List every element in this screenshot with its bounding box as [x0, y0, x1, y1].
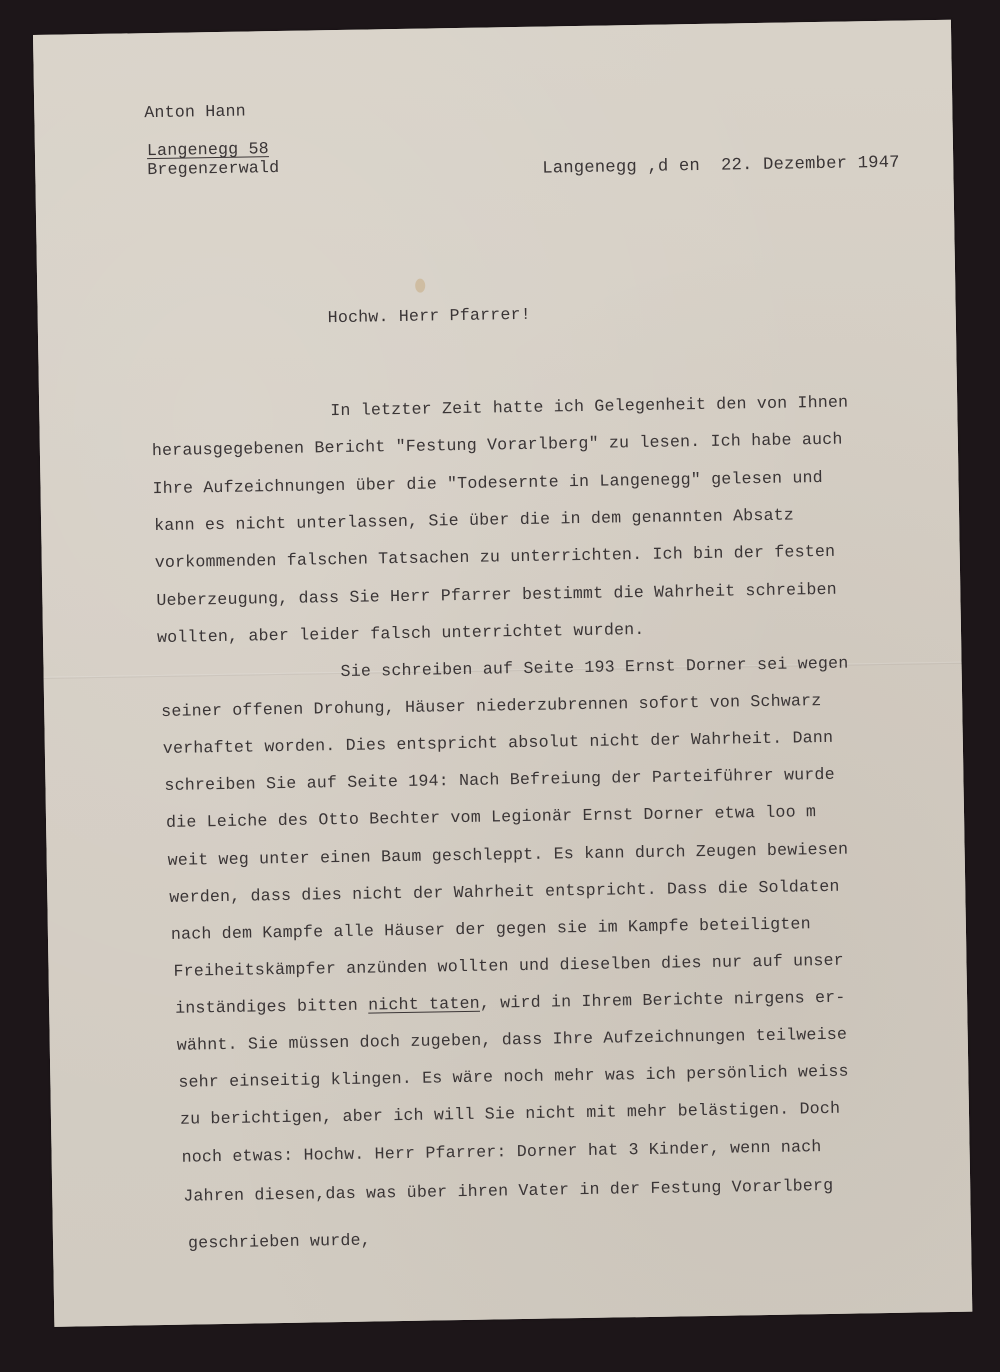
body-line: In letzter Zeit hatte ich Gelegenheit de…	[330, 395, 848, 420]
paper-stain	[415, 279, 425, 293]
body-line: wollten, aber leider falsch unterrichtet…	[157, 622, 645, 647]
body-line: die Leiche des Otto Bechter vom Legionär…	[166, 804, 816, 831]
body-line: noch etwas: Hochw. Herr Pfarrer: Dorner …	[182, 1139, 822, 1166]
body-line: vorkommenden falschen Tatsachen zu unter…	[155, 544, 836, 572]
letter-paper: Anton Hann Langenegg 58 Bregenzerwald La…	[33, 20, 972, 1327]
body-line: kann es nicht unterlassen, Sie über die …	[154, 507, 794, 534]
sender-name: Anton Hann	[144, 103, 246, 121]
body-line: Jahren diesen,das was über ihren Vater i…	[183, 1178, 833, 1205]
text-segment: inständiges bitten	[175, 996, 368, 1018]
sender-address-line2: Bregenzerwald	[147, 160, 279, 179]
text-segment: , wird in Ihrem Berichte nirgens er-	[480, 988, 846, 1013]
body-line: Ihre Aufzeichnungen über die "Todesernte…	[152, 470, 823, 498]
body-line: sehr einseitig klingen. Es wäre noch meh…	[178, 1064, 849, 1092]
body-line: herausgegebenen Bericht "Festung Vorarlb…	[152, 432, 843, 460]
body-line: seiner offenen Drohung, Häuser niederzub…	[161, 693, 821, 721]
body-line-with-underline: inständiges bitten nicht taten, wird in …	[175, 990, 846, 1018]
underlined-phrase: nicht taten	[368, 994, 480, 1015]
body-line: nach dem Kampfe alle Häuser der gegen si…	[171, 916, 811, 943]
body-line: schreiben Sie auf Seite 194: Nach Befrei…	[164, 767, 835, 795]
dateline: Langenegg ,d en 22. Dezember 1947	[542, 155, 900, 178]
body-line: geschrieben wurde,	[188, 1233, 371, 1253]
body-line: werden, dass dies nicht der Wahrheit ent…	[169, 879, 840, 907]
sender-address-line1: Langenegg 58	[147, 141, 269, 160]
body-line: Ueberzeugung, dass Sie Herr Pfarrer best…	[156, 582, 837, 610]
body-line: wähnt. Sie müssen doch zugeben, dass Ihr…	[177, 1027, 848, 1055]
body-line: weit weg unter einen Baum geschleppt. Es…	[168, 842, 849, 870]
body-line: Freiheitskämpfer anzünden wollten und di…	[173, 953, 844, 981]
body-line: zu berichtigen, aber ich will Sie nicht …	[180, 1101, 840, 1129]
body-line: verhaftet worden. Dies entspricht absolu…	[163, 730, 834, 758]
body-line: Sie schreiben auf Seite 193 Ernst Dorner…	[340, 656, 848, 681]
salutation: Hochw. Herr Pfarrer!	[328, 307, 531, 327]
